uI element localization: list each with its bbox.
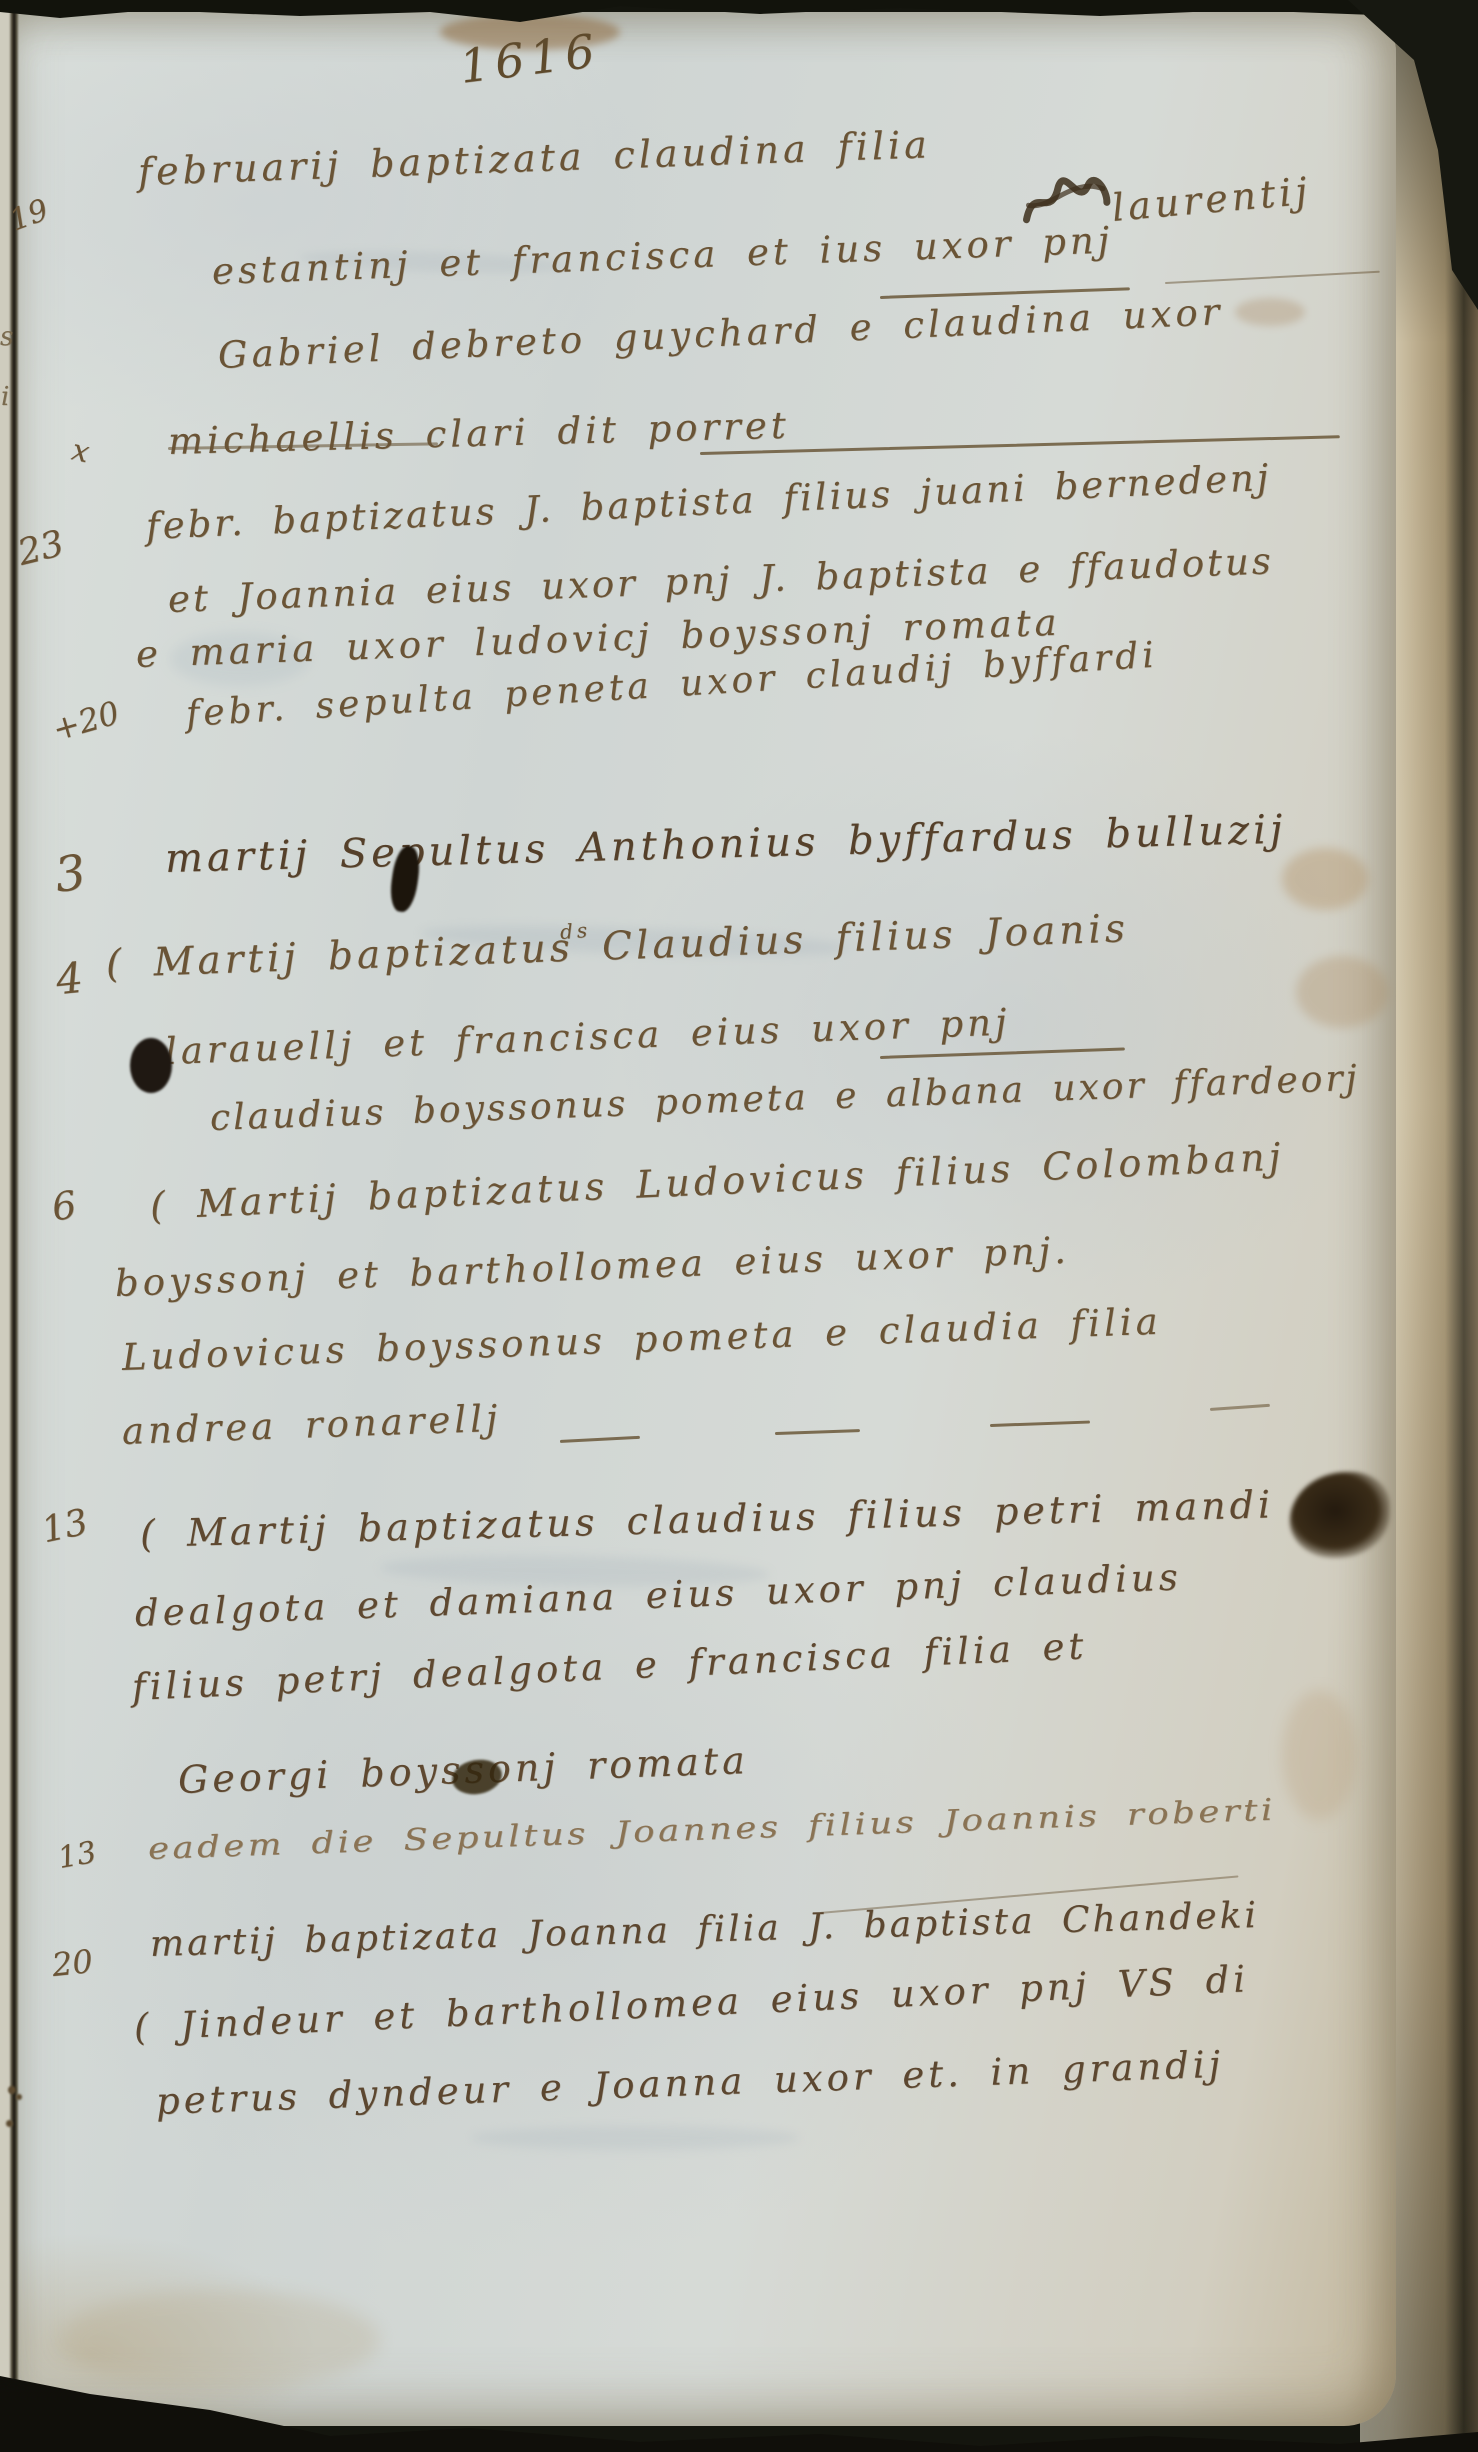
ink-dot — [6, 2120, 13, 2127]
ink-blot — [130, 1038, 172, 1093]
binding-crease — [9, 0, 19, 2452]
stain — [1282, 1690, 1356, 1820]
ink-dot — [16, 2094, 22, 2100]
margin-day-number: 4 — [54, 953, 86, 1005]
margin-day-number: 13 — [55, 1835, 99, 1876]
adjacent-page-mark: i — [1, 382, 9, 412]
show-through — [470, 2126, 800, 2150]
stain — [1296, 956, 1388, 1028]
stain — [60, 2290, 380, 2390]
ink-dot — [8, 2086, 16, 2094]
superscript-note: ds — [559, 918, 592, 944]
adjacent-page-mark: s — [0, 322, 13, 352]
stain — [1235, 298, 1305, 326]
margin-day-number: 20 — [50, 1942, 94, 1984]
photo-background: 1616 19 x 23 +20 3 4 6 13 13 20 s i febr… — [0, 0, 1478, 2452]
stain — [1282, 848, 1368, 910]
